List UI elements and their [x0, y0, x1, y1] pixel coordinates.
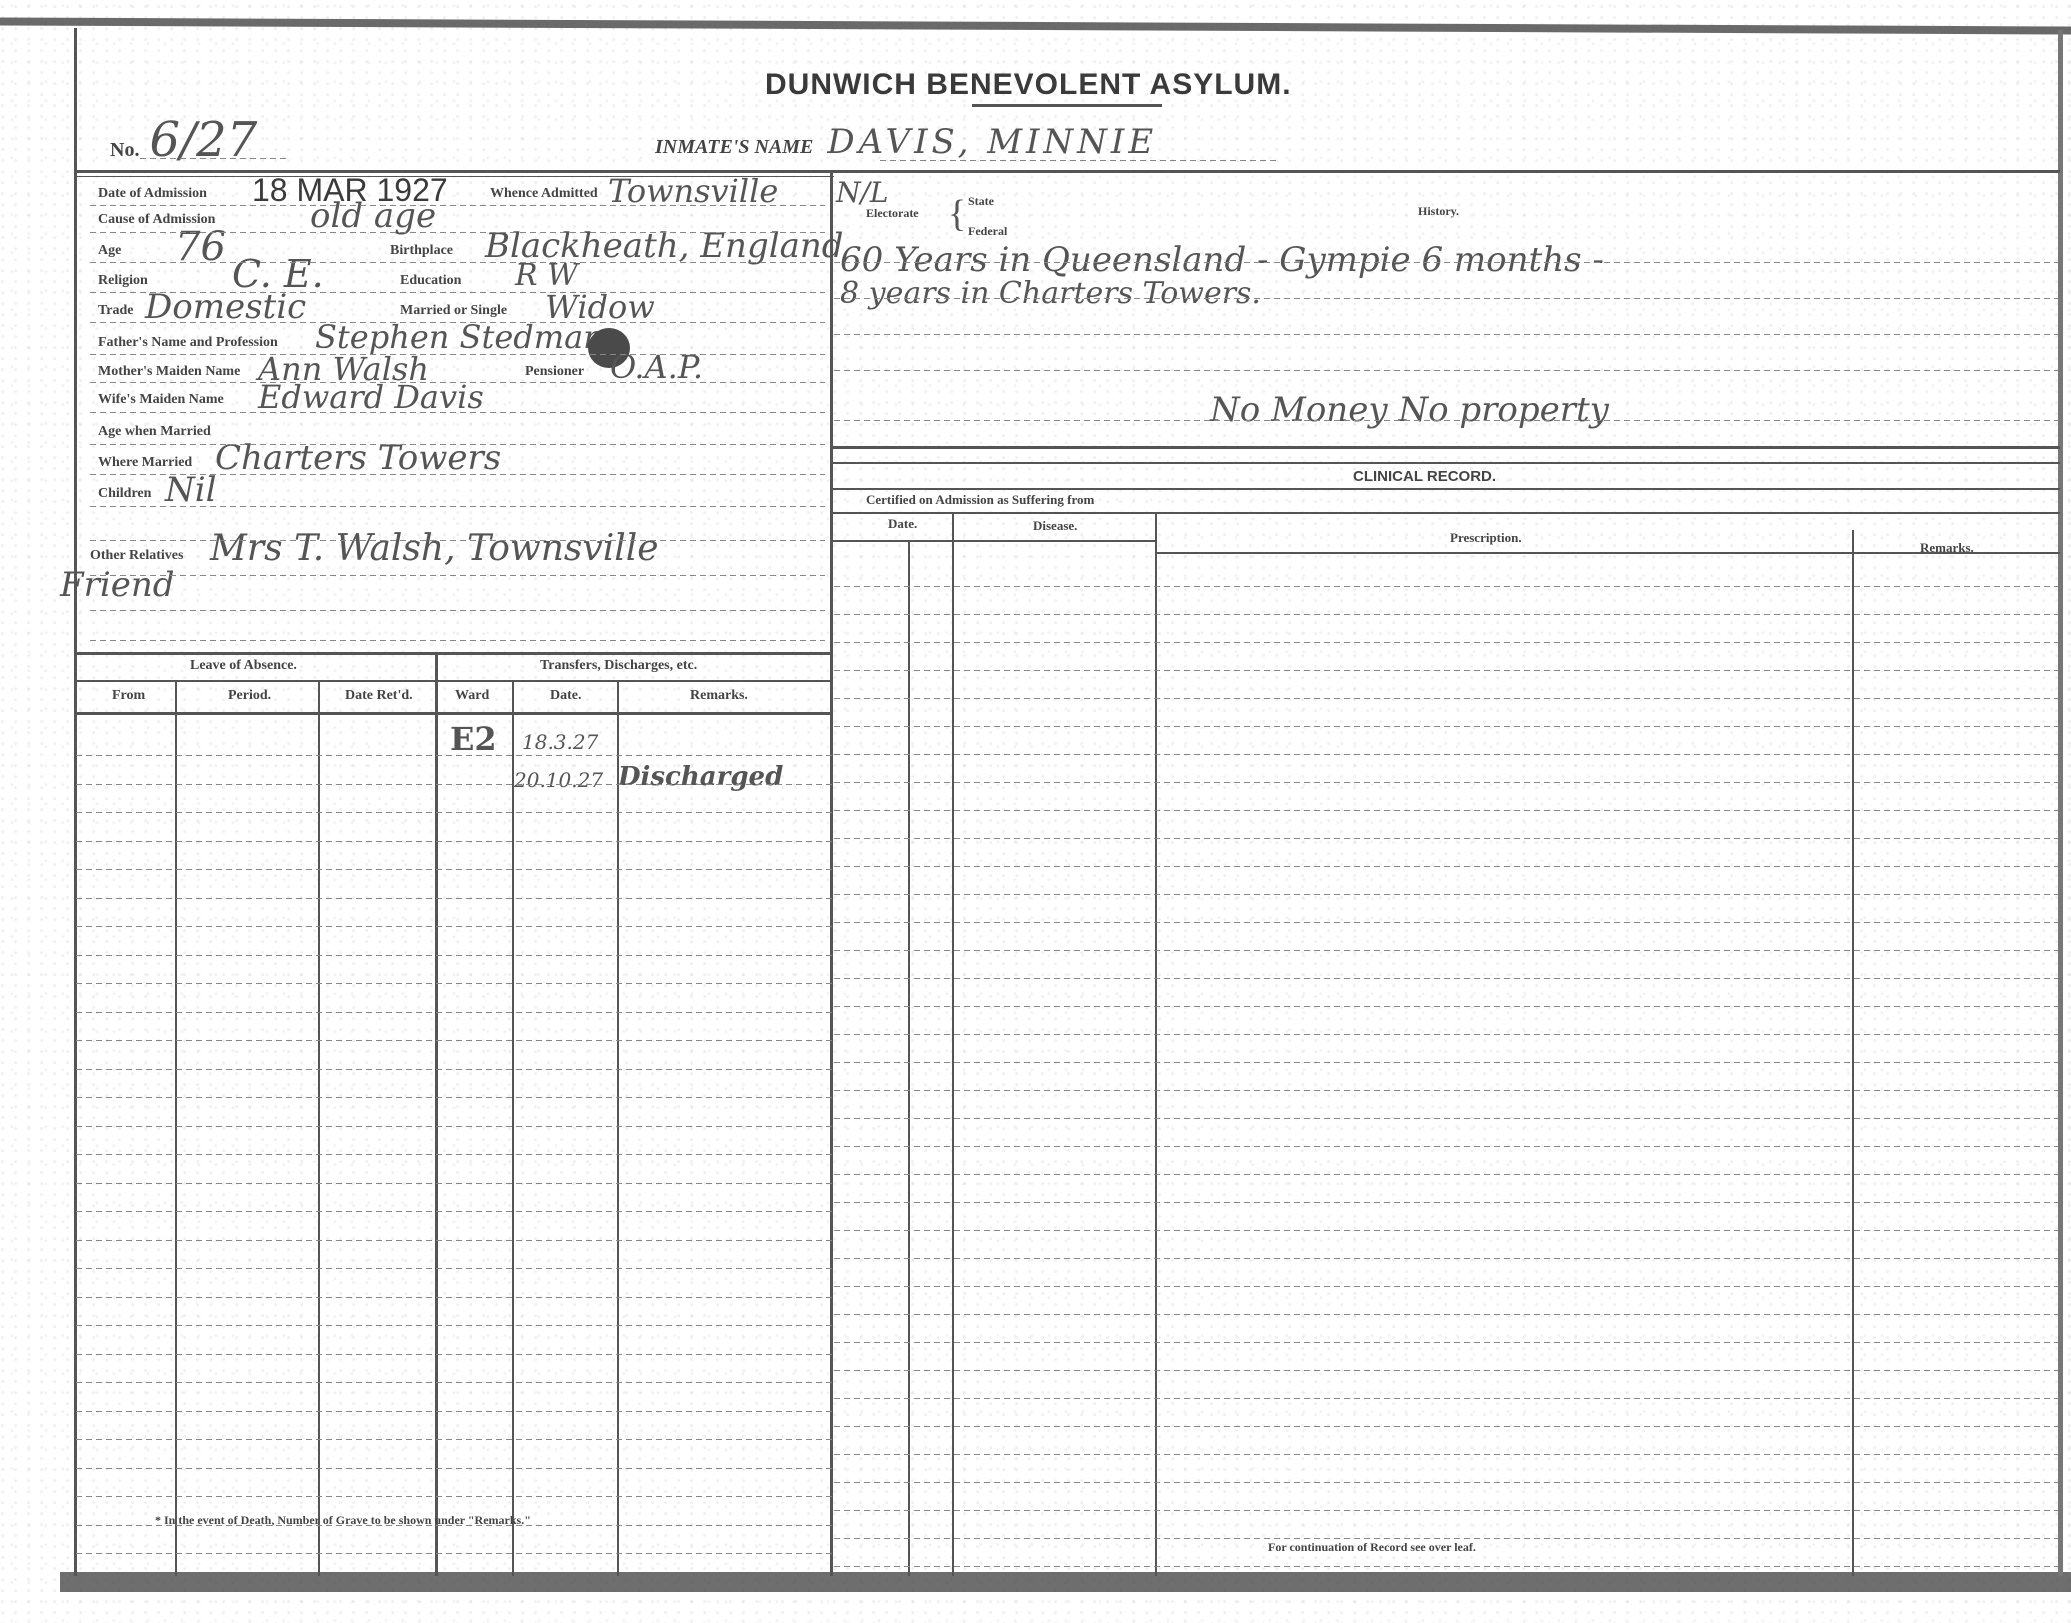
clinical-col-prescription: Prescription. — [1450, 530, 1522, 546]
ruled-line — [834, 1538, 2058, 1539]
clinical-record-top-border-2 — [832, 462, 2060, 464]
name-underline — [880, 160, 1280, 161]
col-line-2 — [318, 682, 320, 1576]
tables-group-header-border — [74, 680, 832, 682]
number-label: No. — [110, 139, 139, 161]
ruled-line — [90, 575, 825, 576]
col-header-date-retd: Date Ret'd. — [345, 688, 413, 704]
ruled-line — [834, 978, 2058, 979]
label-birthplace: Birthplace — [390, 243, 453, 259]
ruled-line — [76, 1268, 832, 1269]
footnote-right: For continuation of Record see over leaf… — [1268, 1540, 1476, 1555]
clinical-col-line-2 — [952, 512, 954, 1576]
number-underline — [140, 158, 290, 159]
ruled-line — [90, 292, 825, 293]
number-value: 6/27 — [149, 112, 257, 168]
electorate-prefix: N/L — [836, 176, 889, 209]
clinical-header-border-left — [832, 540, 1157, 542]
col-line-3 — [512, 682, 514, 1576]
value-children: Nil — [165, 470, 217, 510]
footnote-left: * In the event of Death, Number of Grave… — [155, 1513, 531, 1528]
label-pensioner: Pensioner — [525, 364, 584, 380]
ruled-line — [834, 1482, 2058, 1483]
ruled-line — [834, 698, 2058, 699]
value-age: 76 — [175, 224, 226, 270]
ruled-line — [90, 640, 825, 641]
label-date-of-admission: Date of Admission — [98, 186, 207, 202]
ruled-line — [90, 610, 825, 611]
ruled-line — [76, 1411, 832, 1412]
ruled-line — [76, 1183, 832, 1184]
ruled-line — [834, 894, 2058, 895]
ruled-line — [76, 1040, 832, 1041]
ruled-line — [834, 614, 2058, 615]
ruled-line — [834, 922, 2058, 923]
ruled-line — [834, 642, 2058, 643]
ruled-line — [834, 298, 2058, 299]
value-wifes-maiden-name: Edward Davis — [258, 378, 484, 416]
clinical-record-title: CLINICAL RECORD. — [1353, 468, 1496, 485]
inmate-name-label: INMATE'S NAME — [655, 136, 813, 158]
col-header-remarks: Remarks. — [690, 688, 748, 704]
electorate-federal-label: Federal — [968, 224, 1007, 239]
ruled-line — [76, 1468, 832, 1469]
col-line-1 — [175, 682, 177, 1576]
ruled-line — [90, 474, 825, 475]
ruled-line — [76, 1126, 832, 1127]
ruled-line — [834, 1454, 2058, 1455]
transfer-row-1-ward: E2 — [450, 720, 497, 758]
value-cause-of-admission: old age — [310, 196, 436, 236]
clinical-col-line-1 — [908, 540, 910, 1576]
clinical-header-border-right — [1157, 552, 2060, 554]
clinical-col-disease: Disease. — [1033, 518, 1077, 534]
label-children: Children — [98, 486, 151, 502]
ruled-line — [90, 382, 825, 383]
ruled-line — [90, 262, 825, 263]
ruled-line — [834, 1398, 2058, 1399]
ruled-line — [76, 1211, 832, 1212]
label-education: Education — [400, 273, 461, 289]
certified-label: Certified on Admission as Suffering from — [866, 492, 1094, 508]
ruled-line — [834, 262, 2058, 263]
ruled-line — [834, 950, 2058, 951]
ruled-line — [834, 782, 2058, 783]
ruled-line — [834, 334, 2058, 335]
transfers-title: Transfers, Discharges, etc. — [540, 658, 697, 674]
ruled-line — [834, 1314, 2058, 1315]
ruled-line — [834, 1062, 2058, 1063]
electorate-label: Electorate — [866, 206, 919, 221]
ruled-line — [834, 1118, 2058, 1119]
clinical-col-date: Date. — [888, 516, 917, 532]
right-border — [2058, 30, 2063, 1576]
ruled-line — [834, 370, 2058, 371]
col-header-date: Date. — [550, 688, 582, 704]
clinical-col-line-4 — [1852, 530, 1854, 1576]
ruled-line — [834, 726, 2058, 727]
ruled-line — [76, 869, 832, 870]
ruled-line — [76, 926, 832, 927]
label-whence-admitted: Whence Admitted — [490, 186, 598, 202]
value-trade: Domestic — [145, 287, 306, 327]
col-header-period: Period. — [228, 688, 271, 704]
ruled-line — [834, 838, 2058, 839]
ruled-line — [76, 1439, 832, 1440]
ruled-line — [834, 1034, 2058, 1035]
ruled-line — [90, 322, 825, 323]
ruled-line — [76, 1297, 832, 1298]
ruled-line — [90, 354, 825, 355]
ruled-line — [834, 586, 2058, 587]
ruled-line — [76, 1382, 832, 1383]
certified-border — [832, 512, 2060, 514]
ruled-line — [76, 1154, 832, 1155]
ruled-line — [76, 1553, 832, 1554]
label-mothers-maiden-name: Mother's Maiden Name — [98, 364, 240, 380]
electorate-state-label: State — [968, 194, 994, 209]
ruled-line — [76, 812, 832, 813]
ruled-line — [90, 412, 825, 413]
scan-bottom-edge — [60, 1572, 2071, 1592]
label-married-or-single: Married or Single — [400, 303, 507, 319]
transfer-row-2-remarks: Discharged — [618, 762, 783, 792]
ruled-line — [834, 1202, 2058, 1203]
ruled-line — [76, 1325, 832, 1326]
label-age: Age — [98, 243, 121, 259]
ruled-line — [834, 1566, 2058, 1567]
leave-of-absence-title: Leave of Absence. — [190, 658, 297, 674]
clinical-record-title-border — [832, 488, 2060, 490]
ruled-line — [76, 1354, 832, 1355]
col-header-ward: Ward — [455, 688, 489, 704]
ruled-line — [76, 1496, 832, 1497]
brace-icon: { — [948, 192, 966, 236]
ruled-line — [90, 232, 825, 233]
label-where-married: Where Married — [98, 455, 192, 471]
ruled-line — [834, 1258, 2058, 1259]
title-underline — [972, 104, 1162, 107]
ruled-line — [834, 670, 2058, 671]
ruled-line — [834, 1510, 2058, 1511]
col-header-from: From — [112, 688, 145, 704]
ruled-line — [76, 841, 832, 842]
transfer-row-1-date: 18.3.27 — [522, 730, 598, 754]
ruled-line — [76, 1240, 832, 1241]
tables-column-header-border — [74, 712, 832, 715]
ruled-line — [90, 444, 825, 445]
ruled-line — [90, 540, 825, 541]
label-religion: Religion — [98, 273, 148, 289]
ruled-line — [76, 955, 832, 956]
ruled-line — [834, 1286, 2058, 1287]
inmate-name: INMATE'S NAME DAVIS, MINNIE — [655, 122, 1157, 162]
history-line-1: 60 Years in Queensland - Gympie 6 months… — [840, 240, 1604, 280]
ruled-line — [834, 1230, 2058, 1231]
ruled-line — [834, 1370, 2058, 1371]
ruled-line — [834, 1090, 2058, 1091]
center-divider — [830, 170, 833, 1576]
ruled-line — [834, 1146, 2058, 1147]
inmate-name-value: DAVIS, MINNIE — [827, 122, 1157, 162]
clinical-col-line-3 — [1155, 512, 1157, 1576]
ruled-line — [834, 1174, 2058, 1175]
ruled-line — [76, 1069, 832, 1070]
record-number: No. 6/27 — [110, 112, 257, 168]
ruled-line — [834, 866, 2058, 867]
ruled-line — [834, 1426, 2058, 1427]
col-line-4 — [617, 682, 619, 1576]
ruled-line — [834, 754, 2058, 755]
clinical-record-top-border — [832, 446, 2060, 449]
institution-title: DUNWICH BENEVOLENT ASYLUM. — [765, 68, 1292, 102]
tables-divider — [435, 652, 438, 1576]
ruled-line — [834, 1342, 2058, 1343]
ruled-line — [76, 784, 832, 785]
label-fathers-name: Father's Name and Profession — [98, 335, 278, 351]
ruled-line — [76, 1012, 832, 1013]
ruled-line — [90, 205, 825, 206]
ruled-line — [834, 1006, 2058, 1007]
ruled-line — [76, 1097, 832, 1098]
ruled-line — [834, 810, 2058, 811]
transfer-row-2-date: 20.10.27 — [514, 768, 603, 792]
scan-top-edge — [0, 17, 2071, 34]
label-other-relatives: Other Relatives — [90, 548, 183, 564]
ruled-line — [90, 506, 825, 507]
left-border — [74, 28, 77, 1576]
history-line-3: No Money No property — [1210, 390, 1609, 430]
history-line-2: 8 years in Charters Towers. — [840, 276, 1261, 311]
value-other-relatives: Mrs T. Walsh, Townsville — [210, 528, 659, 569]
value-relationship: Friend — [60, 565, 175, 605]
label-wifes-maiden-name: Wife's Maiden Name — [98, 392, 224, 408]
ruled-line — [76, 983, 832, 984]
label-trade: Trade — [98, 303, 134, 319]
ruled-line — [834, 420, 2058, 421]
ruled-line — [76, 755, 832, 756]
history-label: History. — [1418, 204, 1459, 219]
label-age-when-married: Age when Married — [98, 424, 211, 440]
ruled-line — [76, 898, 832, 899]
tables-top-border — [74, 652, 832, 655]
